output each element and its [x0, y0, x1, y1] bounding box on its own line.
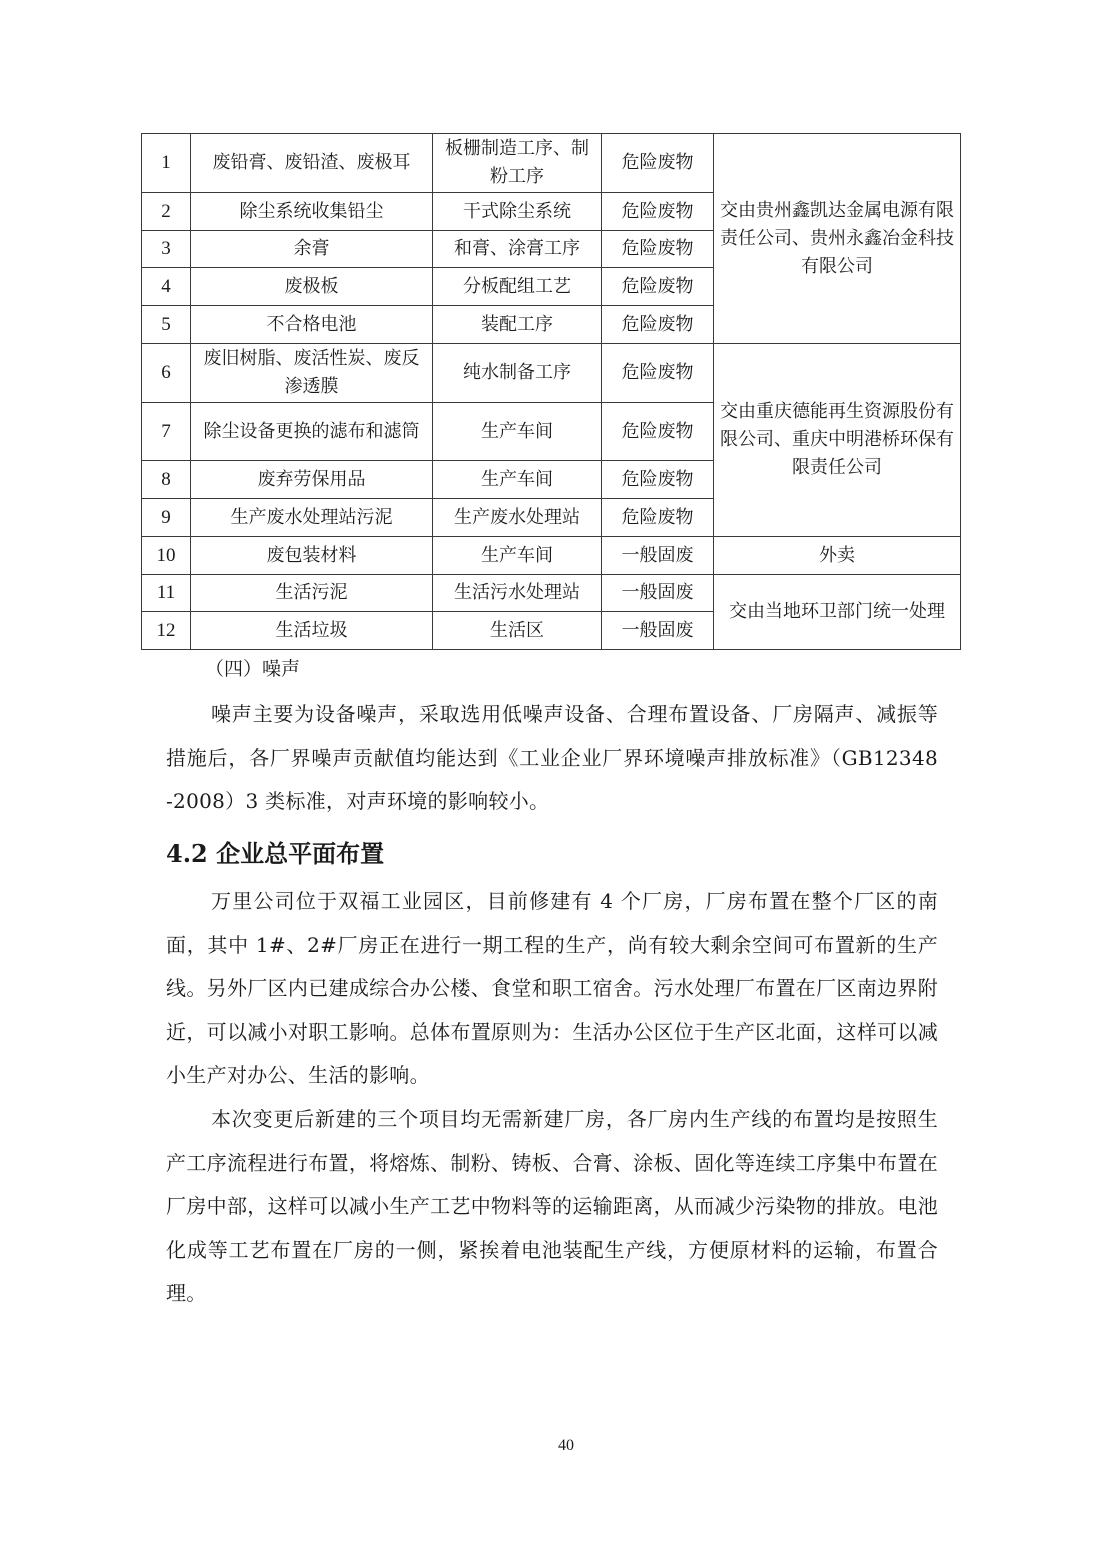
waste-source: 板栅制造工序、制粉工序: [433, 134, 602, 193]
disposal-method: 交由贵州鑫凯达金属电源有限责任公司、贵州永鑫冶金科技有限公司: [714, 134, 961, 344]
row-number: 4: [142, 268, 191, 306]
layout-paragraph-2: 本次变更后新建的三个项目均无需新建厂房，各厂房内生产线的布置均是按照生产工序流程…: [166, 1098, 938, 1316]
waste-type: 一般固废: [602, 575, 714, 612]
waste-type: 危险废物: [602, 193, 714, 231]
waste-name: 生产废水处理站污泥: [191, 499, 433, 537]
row-number: 6: [142, 344, 191, 403]
waste-source: 生产废水处理站: [433, 499, 602, 537]
waste-type: 危险废物: [602, 461, 714, 499]
waste-name: 不合格电池: [191, 306, 433, 344]
waste-source: 生产车间: [433, 403, 602, 461]
row-number: 12: [142, 612, 191, 650]
disposal-method: 交由当地环卫部门统一处理: [714, 575, 961, 650]
waste-type: 危险废物: [602, 403, 714, 461]
row-number: 10: [142, 537, 191, 575]
waste-type: 一般固废: [602, 612, 714, 650]
waste-type: 危险废物: [602, 231, 714, 268]
row-number: 2: [142, 193, 191, 231]
waste-name: 生活垃圾: [191, 612, 433, 650]
disposal-method: 外卖: [714, 537, 961, 575]
table-row: 11 生活污泥 生活污水处理站 一般固废 交由当地环卫部门统一处理: [142, 575, 961, 612]
noise-paragraph: 噪声主要为设备噪声，采取选用低噪声设备、合理布置设备、厂房隔声、减振等措施后，各…: [166, 693, 938, 824]
waste-name: 废铅膏、废铅渣、废极耳: [191, 134, 433, 193]
waste-name: 除尘设备更换的滤布和滤筒: [191, 403, 433, 461]
row-number: 3: [142, 231, 191, 268]
waste-name: 废旧树脂、废活性炭、废反渗透膜: [191, 344, 433, 403]
row-number: 1: [142, 134, 191, 193]
waste-type: 危险废物: [602, 306, 714, 344]
waste-type: 一般固废: [602, 537, 714, 575]
waste-type: 危险废物: [602, 344, 714, 403]
waste-source: 纯水制备工序: [433, 344, 602, 403]
table-row: 6 废旧树脂、废活性炭、废反渗透膜 纯水制备工序 危险废物 交由重庆德能再生资源…: [142, 344, 961, 403]
waste-name: 废包装材料: [191, 537, 433, 575]
waste-name: 废极板: [191, 268, 433, 306]
solid-waste-table: 1 废铅膏、废铅渣、废极耳 板栅制造工序、制粉工序 危险废物 交由贵州鑫凯达金属…: [141, 133, 961, 650]
table-row: 10 废包装材料 生产车间 一般固废 外卖: [142, 537, 961, 575]
waste-name: 废弃劳保用品: [191, 461, 433, 499]
row-number: 5: [142, 306, 191, 344]
section-heading: 4.2 企业总平面布置: [166, 834, 384, 869]
row-number: 7: [142, 403, 191, 461]
waste-name: 除尘系统收集铅尘: [191, 193, 433, 231]
waste-type: 危险废物: [602, 499, 714, 537]
waste-source: 生活区: [433, 612, 602, 650]
disposal-method: 交由重庆德能再生资源股份有限公司、重庆中明港桥环保有限责任公司: [714, 344, 961, 537]
waste-source: 生产车间: [433, 461, 602, 499]
waste-source: 生产车间: [433, 537, 602, 575]
waste-source: 分板配组工艺: [433, 268, 602, 306]
row-number: 8: [142, 461, 191, 499]
waste-type: 危险废物: [602, 134, 714, 193]
waste-source: 和膏、涂膏工序: [433, 231, 602, 268]
waste-source: 干式除尘系统: [433, 193, 602, 231]
waste-source: 装配工序: [433, 306, 602, 344]
waste-type: 危险废物: [602, 268, 714, 306]
waste-name: 生活污泥: [191, 575, 433, 612]
noise-subsection-label: （四）噪声: [205, 654, 300, 681]
page-number: 40: [558, 1437, 574, 1455]
row-number: 11: [142, 575, 191, 612]
layout-paragraph-1: 万里公司位于双福工业园区，目前修建有 4 个厂房，厂房布置在整个厂区的南面，其中…: [166, 880, 938, 1098]
waste-name: 余膏: [191, 231, 433, 268]
waste-source: 生活污水处理站: [433, 575, 602, 612]
row-number: 9: [142, 499, 191, 537]
table-row: 1 废铅膏、废铅渣、废极耳 板栅制造工序、制粉工序 危险废物 交由贵州鑫凯达金属…: [142, 134, 961, 193]
